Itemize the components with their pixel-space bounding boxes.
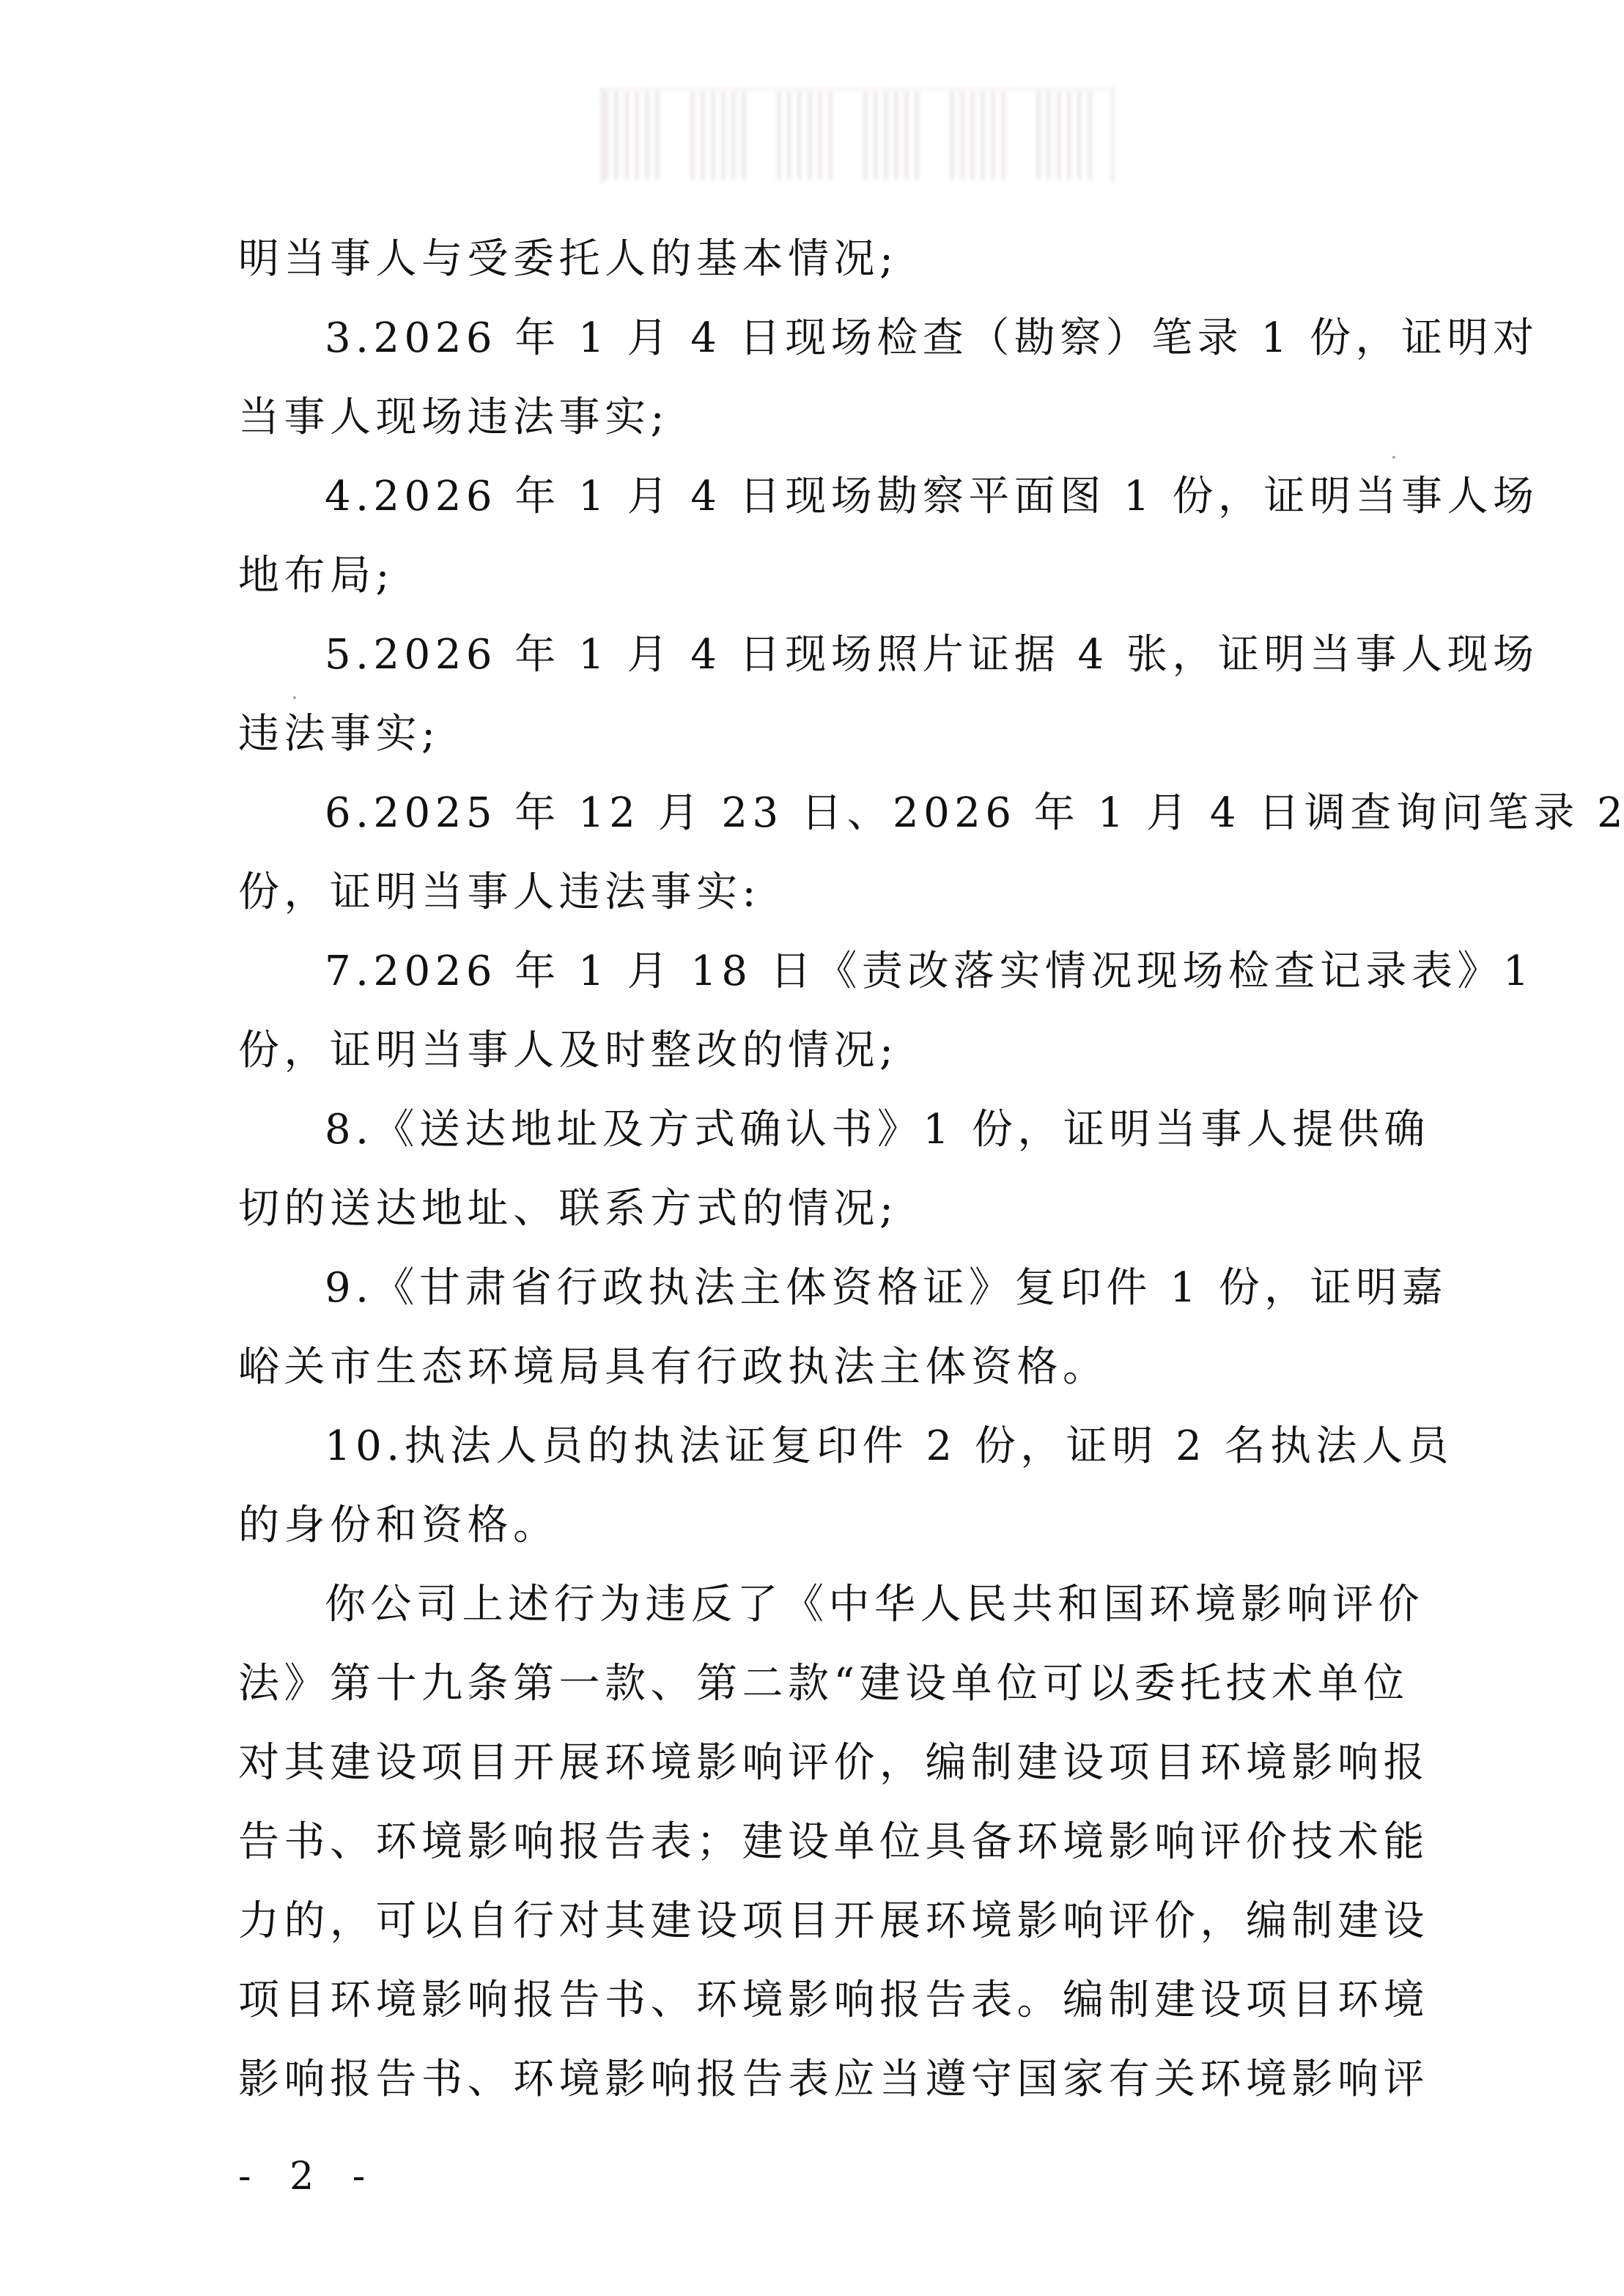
evidence-item-4-line: 地布局; <box>238 536 1396 616</box>
evidence-item-9-line: 峪关市生态环境局具有行政执法主体资格。 <box>238 1328 1396 1407</box>
text-line: 明当事人与受委托人的基本情况; <box>238 220 1396 299</box>
violation-statement-line: 你公司上述行为违反了《中华人民共和国环境影响评价 <box>238 1565 1396 1645</box>
violation-statement-line: 对其建设项目开展环境影响评价，编制建设项目环境影响报 <box>238 1724 1396 1803</box>
evidence-item-8-line: 8.《送达地址及方式确认书》1 份，证明当事人提供确 <box>238 1090 1396 1170</box>
scan-speck <box>469 1694 472 1697</box>
evidence-item-7-line: 份，证明当事人及时整改的情况; <box>238 1011 1396 1090</box>
evidence-item-3-line: 当事人现场违法事实; <box>238 378 1396 457</box>
evidence-item-7-line: 7.2026 年 1 月 18 日《责改落实情况现场检查记录表》1 <box>238 932 1396 1011</box>
evidence-item-8-line: 切的送达地址、联系方式的情况; <box>238 1170 1396 1249</box>
bleed-through-frame <box>601 88 1114 183</box>
violation-statement-line: 项目环境影响报告书、环境影响报告表。编制建设项目环境 <box>238 1961 1396 2040</box>
violation-statement-line: 法》第十九条第一款、第二款“建设单位可以委托技术单位 <box>238 1645 1396 1724</box>
scan-speck <box>1392 456 1395 459</box>
violation-statement-line: 影响报告书、环境影响报告表应当遵守国家有关环境影响评 <box>238 2040 1396 2119</box>
violation-statement-line: 告书、环境影响报告表；建设单位具备环境影响评价技术能 <box>238 1803 1396 1882</box>
scan-speck <box>293 696 296 699</box>
evidence-item-9-line: 9.《甘肃省行政执法主体资格证》复印件 1 份，证明嘉 <box>238 1249 1396 1328</box>
bleed-through-header-mark <box>557 81 1143 191</box>
evidence-item-5-line: 违法事实; <box>238 695 1396 774</box>
document-page: 明当事人与受委托人的基本情况; 3.2026 年 1 月 4 日现场检查（勘察）… <box>0 0 1624 2296</box>
evidence-item-6-line: 份，证明当事人违法事实: <box>238 853 1396 932</box>
document-body: 明当事人与受委托人的基本情况; 3.2026 年 1 月 4 日现场检查（勘察）… <box>238 220 1396 2119</box>
evidence-item-6-line: 6.2025 年 12 月 23 日、2026 年 1 月 4 日调查询问笔录 … <box>238 774 1396 853</box>
evidence-item-5-line: 5.2026 年 1 月 4 日现场照片证据 4 张，证明当事人现场 <box>238 616 1396 695</box>
evidence-item-4-line: 4.2026 年 1 月 4 日现场勘察平面图 1 份，证明当事人场 <box>238 457 1396 536</box>
evidence-item-10-line: 10.执法人员的执法证复印件 2 份，证明 2 名执法人员 <box>238 1407 1396 1486</box>
violation-statement-line: 力的，可以自行对其建设项目开展环境影响评价，编制建设 <box>238 1882 1396 1961</box>
evidence-item-10-line: 的身份和资格。 <box>238 1486 1396 1565</box>
page-number: - 2 - <box>238 2147 378 2206</box>
scan-speck <box>1343 492 1346 495</box>
evidence-item-3-line: 3.2026 年 1 月 4 日现场检查（勘察）笔录 1 份，证明对 <box>238 299 1396 378</box>
